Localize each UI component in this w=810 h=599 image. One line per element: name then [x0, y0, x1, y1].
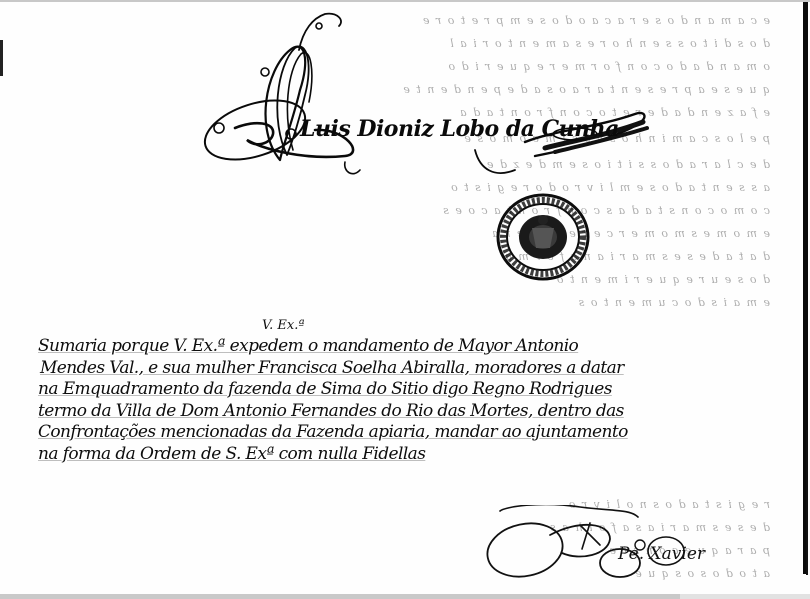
scan-bottom-strip-right [680, 594, 810, 599]
heading-flourish-icon [195, 10, 655, 180]
paragraph-line: Mendes Val., e sua mulher Francisca Soel… [40, 358, 778, 380]
paragraph-line: Sumaria porque V. Ex.ª expedem o mandame… [38, 336, 778, 358]
scan-top-edge [0, 0, 810, 2]
bleed-line: a s s e n t a d o s e m l i v r o d o r … [40, 181, 770, 194]
heading-signature: Luis Dioniz Lobo da Cunha [300, 116, 619, 142]
bleed-line: e m o m e s m o m e r c e r e c e b e r … [40, 227, 770, 240]
paragraph-line: na Emquadramento da fazenda de Sima do S… [38, 379, 778, 401]
paragraph-line: Confrontações mencionadas da Fazenda api… [38, 422, 778, 444]
summary-paragraph: Sumaria porque V. Ex.ª expedem o mandame… [38, 336, 778, 465]
bleed-line: e m a i s d o c u m e n t o s [40, 296, 770, 309]
bottom-signature: Pe. Xavier [618, 544, 705, 564]
scan-right-border-lower [806, 430, 808, 575]
superscript-note: V. Ex.ª [262, 318, 305, 333]
paragraph-line: na forma da Ordem de S. Exª com nulla Fi… [38, 444, 778, 466]
seal-stamp-icon [494, 190, 592, 282]
paragraph-line: termo da Villa de Dom Antonio Fernandes … [38, 401, 778, 423]
bleed-line: d o s e u r e q u e r i m e n t o [40, 273, 770, 286]
scan-left-mark [0, 40, 3, 76]
manuscript-page: e c a m a n d o s e r a c a o d o s e m … [0, 0, 810, 599]
bleed-line: c o m o c o n s t a d a s c o n f r o n … [40, 204, 770, 217]
bleed-line: d a t a d e s e s m a r i a n a f o r m … [40, 250, 770, 263]
